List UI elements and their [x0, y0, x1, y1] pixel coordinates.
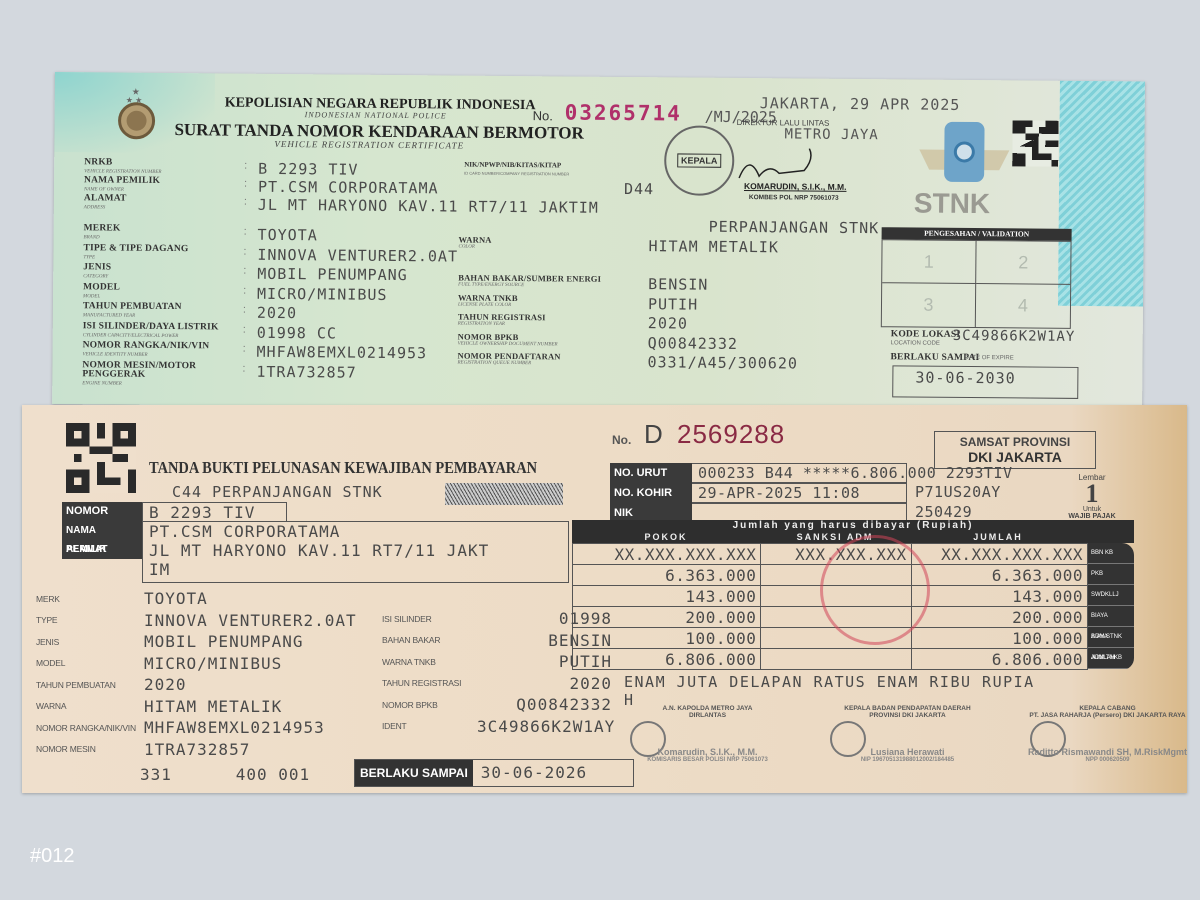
untuk-label: Untuk: [1062, 506, 1122, 513]
field-label-sub: LICENSE PLATE COLOR: [458, 301, 628, 310]
vehicle-label: ISI SILINDER: [382, 614, 477, 624]
colon: :: [243, 284, 257, 304]
vehicle-label: IDENT: [382, 721, 477, 731]
payment-row: 6.806.0006.806.000: [573, 649, 1088, 670]
vehicle-row: TYPEINNOVA VENTURER2.0AT: [36, 610, 416, 632]
vehicle-row: NOMOR RANGKA/NIK/VINMHFAW8EMXL0214953: [36, 717, 416, 739]
field-label: NOMOR RANGKA/NIK/VINVEHICLE IDENTITY NUM…: [82, 341, 242, 362]
field-label: NOMOR MESIN/MOTOR PENGGERAKENGINE NUMBER: [82, 361, 242, 382]
police-emblem-icon: ★ ★ ★: [109, 84, 164, 139]
vehicle-value: MICRO/MINIBUS: [144, 654, 282, 673]
value-alamat-2: IM: [149, 560, 568, 579]
vehicle-value: TOYOTA: [144, 589, 208, 608]
receipt-no-label: No.: [612, 433, 631, 447]
value-nomor-polisi: B 2293 TIV: [142, 502, 287, 521]
jumlah-cell: 100.000: [911, 628, 1087, 649]
validation-cell-1: 1: [882, 240, 976, 284]
jumlah-cell: 200.000: [911, 607, 1087, 628]
sig-name: Komarudin, S.I.K., M.M.: [620, 747, 795, 757]
validation-cell-4: 4: [976, 284, 1070, 328]
label-alamat: ALAMAT: [62, 540, 142, 559]
copy-recipient: WAJIB PAJAK: [1062, 513, 1122, 520]
field-value: PT.CSM CORPORATAMA: [258, 178, 439, 198]
field-value: TOYOTA: [257, 226, 317, 246]
validation-cell-2: 2: [976, 241, 1070, 285]
payment-title: Jumlah yang harus dibayar (Rupiah): [572, 520, 1134, 532]
stamp-text: KEPALA: [677, 153, 721, 167]
vehicle-label: BAHAN BAKAR: [382, 635, 477, 645]
colon: :: [244, 160, 258, 178]
serial-no-label: No.: [533, 108, 553, 123]
field-value: MICRO/MINIBUS: [257, 284, 388, 305]
field-label: TAHUN REGISTRASIREGISTRATION YEAR: [458, 313, 628, 334]
vehicle-label: TYPE: [36, 615, 144, 625]
colon: :: [244, 196, 258, 214]
payment-row: 100.000100.000: [573, 628, 1088, 649]
field-label: MEREKBRAND: [84, 224, 244, 245]
field-label: NOMOR PENDAFTARANREGISTRATION QUEUE NUMB…: [457, 352, 627, 373]
field-value: B 2293 TIV: [258, 160, 358, 179]
lembar-number: 1: [1062, 482, 1122, 506]
field-value: PUTIH: [648, 295, 698, 315]
pokok-cell: XX.XXX.XXX.XXX: [573, 544, 761, 565]
colon: :: [242, 343, 256, 363]
signature-block: A.N. KAPOLDA METRO JAYADIRLANTASKomarudi…: [620, 705, 795, 763]
field-label-text: TIPE & TIPE DAGANG: [83, 244, 243, 254]
field-value: 2020: [257, 304, 297, 324]
vehicle-row: WARNAHITAM METALIK: [36, 696, 416, 718]
vehicle-row: TAHUN PEMBUATAN2020: [36, 674, 416, 696]
vehicle-label: MERK: [36, 594, 144, 604]
vehicle-fields-right: WARNACOLORHITAM METALIKBAHAN BAKAR/SUMBE…: [457, 236, 898, 375]
validation-box: PENGESAHAN / VALIDATION 1 2 3 4: [881, 227, 1072, 329]
meta-extra: P71US20AY: [907, 483, 1001, 503]
sig-name: Raditto Rismawandi SH, M.RiskMgmt: [1020, 747, 1195, 757]
stnk-logo-text: STNK: [914, 188, 991, 221]
jumlah-cell: 6.806.000: [911, 649, 1087, 670]
field-label: JENISCATEGORY: [83, 263, 243, 284]
photo-label: #012: [30, 845, 75, 868]
location-code-sub: LOCATION CODE: [891, 340, 940, 346]
sig-id: KOMISARIS BESAR POLISI NRP 75061073: [620, 757, 795, 763]
meta-label: NO. KOHIR: [610, 483, 692, 503]
receipt-serial-prefix: D: [644, 419, 663, 450]
service-type: PERPANJANGAN STNK: [709, 218, 880, 237]
field-label-sub: CATEGORY: [83, 272, 243, 282]
red-stamp: [820, 535, 930, 645]
vehicle-value: INNOVA VENTURER2.0AT: [144, 611, 357, 630]
jumlah-cell: 6.363.000: [911, 565, 1087, 586]
vehicle-label: JENIS: [36, 637, 144, 647]
meta-block: NO. URUT000233 B44 *****6.806.000 2293TI…: [610, 463, 1001, 523]
receipt-serial: 2569288: [677, 419, 785, 450]
vehicle-row: WARNA TNKBPUTIH: [382, 651, 622, 673]
payment-row-tag: BBN KB: [1088, 543, 1134, 564]
field-label: BAHAN BAKAR/SUMBER ENERGIFUEL TYPE/ENERG…: [458, 274, 628, 295]
payment-row-tag: SWDKLLJ: [1088, 585, 1134, 606]
vehicle-label: WARNA TNKB: [382, 657, 477, 667]
vehicle-row: IDENT3C49866K2W1AY: [382, 716, 622, 738]
vehicle-row: NOMOR MESIN1TRA732857: [36, 739, 416, 761]
field-label-sub: COLOR: [458, 244, 628, 253]
stnk-field-row: ALAMATADDRESS:JL MT HARYONO KAV.11 RT7/1…: [84, 194, 644, 217]
receipt-service: C44 PERPANJANGAN STNK: [172, 483, 383, 501]
field-value: Q00842332: [648, 334, 738, 354]
field-value: MOBIL PENUMPANG: [257, 265, 408, 286]
field-value: HITAM METALIK: [648, 237, 779, 276]
vehicle-value: HITAM METALIK: [144, 697, 282, 716]
validation-cell-3: 3: [882, 283, 976, 327]
field-label-sub: ADDRESS: [84, 203, 244, 213]
sanksi-cell: [761, 649, 911, 670]
payment-row-tag: BIAYA ADM.STNK: [1088, 606, 1134, 627]
vehicle-value: PUTIH: [477, 652, 612, 671]
vehicle-row: TAHUN REGISTRASI2020: [382, 673, 622, 695]
location-code-label: KODE LOKASI: [891, 329, 961, 340]
sig-name: Lusiana Herawati: [820, 747, 995, 757]
field-label: WARNACOLOR: [458, 236, 628, 275]
field-label: ALAMATADDRESS: [84, 194, 244, 213]
value-nama-pemilik: PT.CSM CORPORATAMA: [149, 522, 568, 541]
vehicle-value: 2020: [477, 674, 612, 693]
field-value: 1TRA732857: [256, 362, 356, 382]
meta-row: NO. URUT000233 B44 *****6.806.000 2293TI…: [610, 463, 1001, 483]
vehicle-value: Q00842332: [477, 695, 612, 714]
location-code: 3C49866K2W1AY: [953, 328, 1076, 345]
sig-title2: PROVINSI DKI JAKARTA: [820, 712, 995, 719]
signatory-name: KOMARUDIN, S.I.K., M.M.: [744, 181, 847, 192]
receipt-expiry: BERLAKU SAMPAI 30-06-2026: [354, 759, 634, 787]
owner-address-box: PT.CSM CORPORATAMA JL MT HARYONO KAV.11 …: [142, 521, 569, 583]
receipt-expiry-label: BERLAKU SAMPAI: [355, 760, 473, 786]
official-stamp: KEPALA: [664, 125, 735, 196]
jumlah-cell: 143.000: [911, 586, 1087, 607]
field-label-text: NOMOR MESIN/MOTOR PENGGERAK: [82, 361, 242, 380]
signatory-rank: KOMBES POL NRP 75061073: [749, 194, 839, 202]
vehicle-label: NOMOR RANGKA/NIK/VIN: [36, 723, 144, 733]
vehicle-value: BENSIN: [477, 631, 612, 650]
vehicle-row: ISI SILINDER01998: [382, 608, 622, 630]
field-value: 2020: [648, 314, 688, 334]
owner-block: NOMOR POLISI B 2293 TIV NAMA PEMILIK ALA…: [62, 502, 622, 583]
vehicle-value: MOBIL PENUMPANG: [144, 632, 304, 651]
stnk-field-row: WARNACOLORHITAM METALIK: [458, 236, 898, 278]
sig-id: NIP 196705131988012002/184485: [820, 757, 995, 763]
meta-row: NO. KOHIR29-APR-2025 11:08P71US20AY: [610, 483, 1001, 503]
field-value: 01998 CC: [257, 323, 337, 343]
signature-block: KEPALA CABANGPT. JASA RAHARJA (Persero) …: [1020, 705, 1195, 763]
col-pokok: POKOK: [572, 532, 760, 543]
field-label-sub: BRAND: [84, 233, 244, 243]
field-label-sub: VEHICLE OWNERSHIP DOCUMENT NUMBER: [458, 340, 628, 349]
sig-title2: DIRLANTAS: [620, 712, 795, 719]
sig-id: NPP 000620509: [1020, 757, 1195, 763]
vehicle-block-right: ISI SILINDER01998BAHAN BAKARBENSINWARNA …: [382, 608, 622, 737]
colon: :: [244, 178, 258, 196]
vehicle-row: MODELMICRO/MINIBUS: [36, 653, 416, 675]
document-title-en: VEHICLE REGISTRATION CERTIFICATE: [274, 139, 464, 151]
field-value: INNOVA VENTURER2.0AT: [257, 245, 458, 266]
vehicle-label: TAHUN REGISTRASI: [382, 678, 477, 688]
vehicle-label: TAHUN PEMBUATAN: [36, 680, 144, 690]
label-nama-pemilik: NAMA PEMILIK: [62, 521, 142, 540]
signatures: A.N. KAPOLDA METRO JAYADIRLANTASKomarudi…: [620, 705, 1160, 785]
receipt-title: TANDA BUKTI PELUNASAN KEWAJIBAN PEMBAYAR…: [149, 458, 537, 478]
sig-title: KEPALA CABANG: [1020, 705, 1195, 712]
vehicle-label: NOMOR BPKB: [382, 700, 477, 710]
qr-code-icon: [66, 423, 136, 493]
sig-title2: PT. JASA RAHARJA (Persero) DKI JAKARTA R…: [1020, 712, 1195, 719]
vehicle-value: 3C49866K2W1AY: [477, 717, 612, 736]
expiry-date: 30-06-2030: [892, 365, 1078, 399]
pokok-cell: 143.000: [573, 586, 761, 607]
signature-block: KEPALA BADAN PENDAPATAN DAERAHPROVINSI D…: [820, 705, 995, 763]
vehicle-row: JENISMOBIL PENUMPANG: [36, 631, 416, 653]
meta-extra: [907, 463, 915, 483]
colon: :: [243, 245, 257, 265]
colon: :: [243, 226, 257, 246]
qr-code-icon: [1012, 120, 1058, 166]
vehicle-block-left: MERKTOYOTATYPEINNOVA VENTURER2.0ATJENISM…: [36, 588, 416, 760]
field-value: MHFAW8EMXL0214953: [256, 343, 427, 364]
footer-code: 331 400 001: [140, 765, 310, 784]
receipt-expiry-date: 30-06-2026: [473, 760, 633, 786]
serial-number: 03265714: [565, 100, 682, 125]
region: METRO JAYA: [784, 126, 878, 143]
vehicle-row: BAHAN BAKARBENSIN: [382, 630, 622, 652]
amount-in-words: ENAM JUTA DELAPAN RATUS ENAM RIBU RUPIA: [572, 673, 1134, 691]
vehicle-label: WARNA: [36, 701, 144, 711]
colon: :: [243, 265, 257, 285]
vehicle-label: MODEL: [36, 658, 144, 668]
field-label-sub: ENGINE NUMBER: [82, 379, 242, 389]
field-value: 0331/A45/300620: [647, 353, 798, 374]
tax-payment-receipt: TANDA BUKTI PELUNASAN KEWAJIBAN PEMBAYAR…: [22, 405, 1187, 793]
meta-value: 29-APR-2025 11:08: [692, 483, 907, 503]
payment-row-tag: JUMLAH: [1088, 648, 1134, 669]
vehicle-row: MERKTOYOTA: [36, 588, 416, 610]
nik-code: D44: [624, 180, 654, 198]
institution-name-en: INDONESIAN NATIONAL POLICE: [305, 110, 447, 120]
colon: :: [243, 323, 257, 343]
sig-title: KEPALA BADAN PENDAPATAN DAERAH: [820, 705, 995, 712]
value-alamat: JL MT HARYONO KAV.11 RT7/11 JAKT: [149, 541, 568, 560]
stnk-certificate: ★ ★ ★ KEPOLISIAN NEGARA REPUBLIK INDONES…: [52, 72, 1145, 413]
vehicle-value: 1TRA732857: [144, 740, 250, 759]
colon: :: [243, 304, 257, 324]
vehicle-value: MHFAW8EMXL0214953: [144, 718, 325, 737]
pokok-cell: 6.363.000: [573, 565, 761, 586]
field-label-sub: MANUFACTURED YEAR: [83, 311, 243, 321]
field-label-sub: VEHICLE IDENTITY NUMBER: [82, 350, 242, 360]
label-nomor-polisi: NOMOR POLISI: [62, 502, 142, 521]
colon: :: [242, 362, 256, 382]
meta-label: NO. URUT: [610, 463, 692, 483]
expiry-sub: DATE OF EXPIRE: [965, 355, 1014, 361]
payment-row-tag: PKB: [1088, 564, 1134, 585]
vehicle-row: NOMOR BPKBQ00842332: [382, 694, 622, 716]
col-jumlah: JUMLAH: [910, 532, 1086, 543]
field-label: TAHUN PEMBUATANMANUFACTURED YEAR: [83, 302, 243, 323]
vehicle-label: NOMOR MESIN: [36, 744, 144, 754]
nik-sub: ID CARD NUMBER/COMPANY REGISTRATION NUMB…: [464, 171, 569, 177]
jumlah-cell: XX.XXX.XXX.XXX: [911, 544, 1087, 565]
field-value: BENSIN: [648, 275, 708, 295]
samsat-label: SAMSAT PROVINSI: [935, 435, 1095, 449]
nik-label: NIK/NPWP/NIB/KITAS/KITAP: [464, 161, 561, 170]
vehicle-value: 01998: [477, 609, 612, 628]
stnk-field-row: NOMOR PENDAFTARANREGISTRATION QUEUE NUMB…: [457, 352, 897, 375]
field-value: JL MT HARYONO KAV.11 RT7/11 JAKTIM: [258, 196, 599, 217]
meta-value: 000233 B44 *****6.806.000 2293TIV: [692, 463, 907, 483]
sig-title: A.N. KAPOLDA METRO JAYA: [620, 705, 795, 712]
copy-indicator: Lembar 1 Untuk WAJIB PAJAK: [1062, 473, 1122, 520]
vehicle-value: 2020: [144, 675, 187, 694]
